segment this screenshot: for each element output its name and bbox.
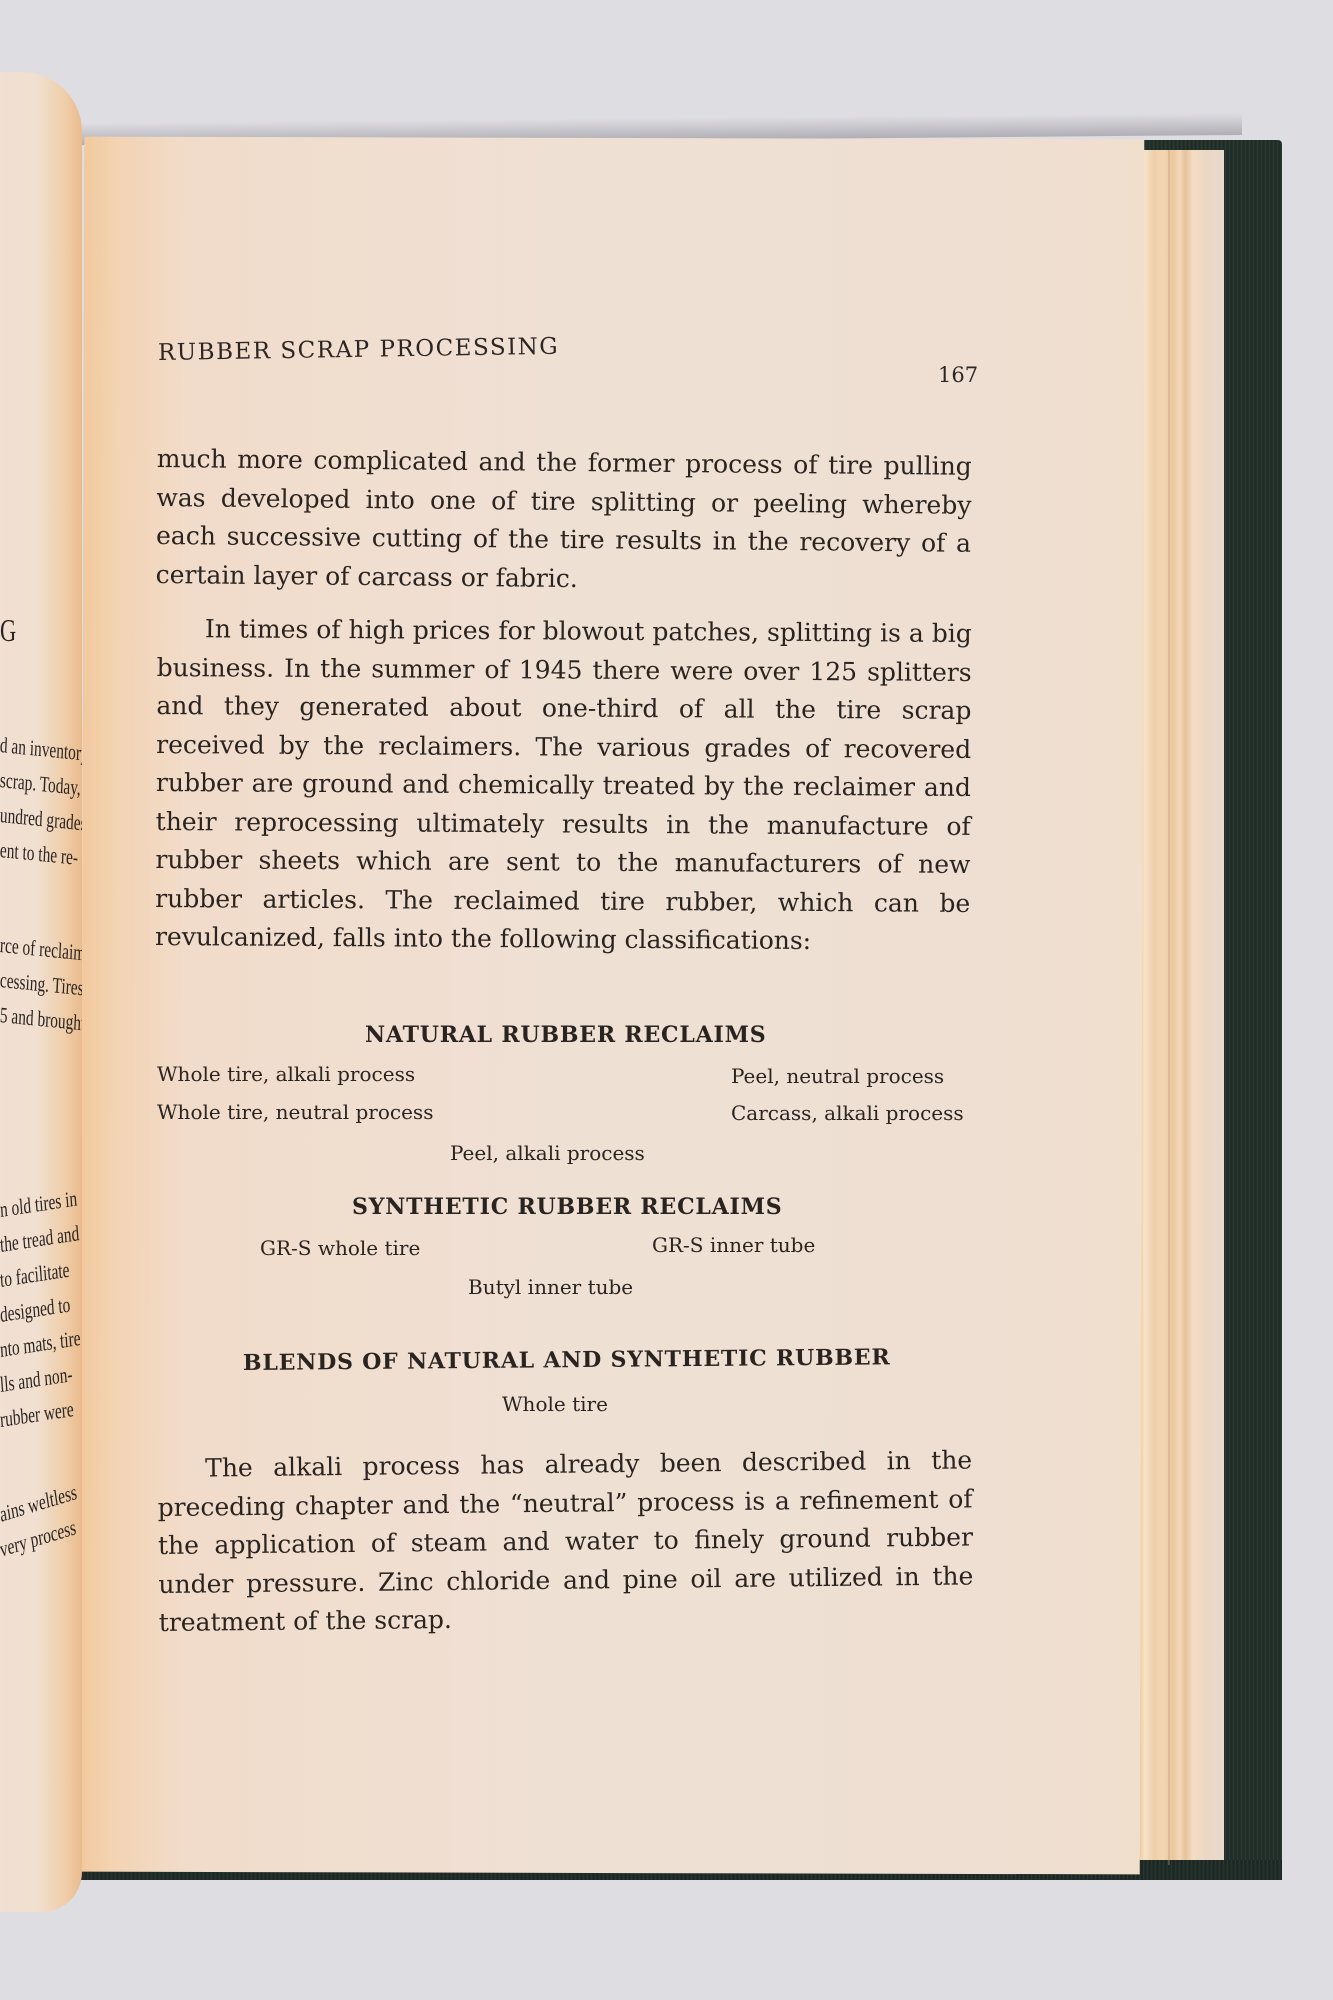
left-page-line: n old tires in [0,1186,78,1223]
page-block-rim [1168,150,1226,1865]
classification-heading-synthetic: SYNTHETIC RUBBER RECLAIMS [352,1194,782,1220]
classification-item: Butyl inner tube [468,1275,633,1299]
paragraph-alkali-process: The alkali process has already been desc… [157,1441,974,1642]
left-page-curl: G d an inventory scrap. Today, undred gr… [0,72,82,1912]
left-page-line: rce of reclaim [0,932,82,966]
left-page-line: rubber were [0,1396,75,1433]
left-page-line: scrap. Today, [0,767,81,801]
classification-item: GR-S inner tube [652,1233,815,1257]
paragraph-continued: much more complicated and the former pro… [156,440,972,602]
classification-item: Peel, neutral process [731,1064,944,1088]
left-page-line: undred grades [0,802,82,837]
left-page-line: lls and non- [0,1361,73,1398]
left-page-line: the tread and [0,1220,80,1258]
classification-heading-natural: NATURAL RUBBER RECLAIMS [365,1022,766,1048]
classification-item: GR-S whole tire [260,1236,420,1260]
left-page-line: ent to the re- [0,837,79,871]
left-page-line: d an inventory [0,732,82,767]
left-page-line: designed to [0,1292,71,1328]
left-page-line: to facilitate [0,1257,70,1293]
left-page-line: cessing. Tires [0,967,82,1001]
left-page-heading-fragment: G [0,612,16,649]
classification-item: Whole tire [502,1392,608,1416]
classification-item: Whole tire, neutral process [157,1100,433,1124]
classification-item: Peel, alkali process [450,1141,645,1165]
page-number: 167 [938,363,978,387]
paragraph-splitting: In times of high prices for blowout patc… [155,610,972,961]
left-page-line: nto mats, tire [0,1325,81,1363]
classification-item: Whole tire, alkali process [157,1062,415,1086]
classification-item: Carcass, alkali process [731,1101,964,1125]
left-page-line: 5 and brought [0,1002,82,1036]
